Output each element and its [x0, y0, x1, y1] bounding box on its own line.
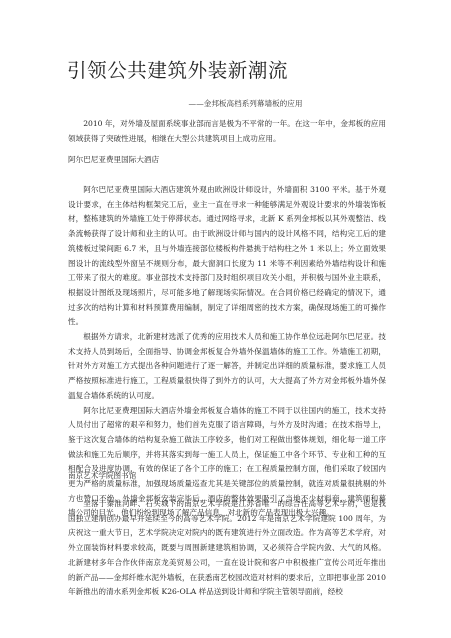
intro-paragraph: 2010 年，对外墙及屋面系统事业部而言是极为不平常的一年。在这一年中，金邦板的… — [68, 117, 386, 146]
paragraph: 阿尔巴尼亚费里国际大酒店建筑外观由欧洲设计师设计，外墙面积 3100 平米。基于… — [68, 183, 386, 330]
section-heading-albania-hotel: 阿尔巴尼亚费里国际大酒店 — [68, 154, 159, 165]
document-title: 引领公共建筑外装新潮流 — [67, 55, 288, 83]
section-body-nanjing-library: 坐落于秦淮河畔、石头城下的南京艺术学院是江苏省唯一的综合性高等艺术学府，也是我国… — [68, 497, 386, 600]
section-heading-nanjing-library: 南京艺术学院图书馆 — [68, 470, 136, 481]
document-page: 引领公共建筑外装新潮流 ——金邦板高档系列幕墙板的应用 2010 年，对外墙及屋… — [0, 0, 451, 638]
intro-paragraph-block: 2010 年，对外墙及屋面系统事业部而言是极为不平常的一年。在这一年中，金邦板的… — [68, 117, 386, 146]
document-subtitle: ——金邦板高档系列幕墙板的应用 — [0, 98, 451, 109]
paragraph: 坐落于秦淮河畔、石头城下的南京艺术学院是江苏省唯一的综合性高等艺术学府，也是我国… — [68, 497, 386, 600]
paragraph: 根据外方请求，北新建材选派了优秀的应用技术人员和施工协作单位远赴阿尔巴尼亚。技术… — [68, 330, 386, 404]
